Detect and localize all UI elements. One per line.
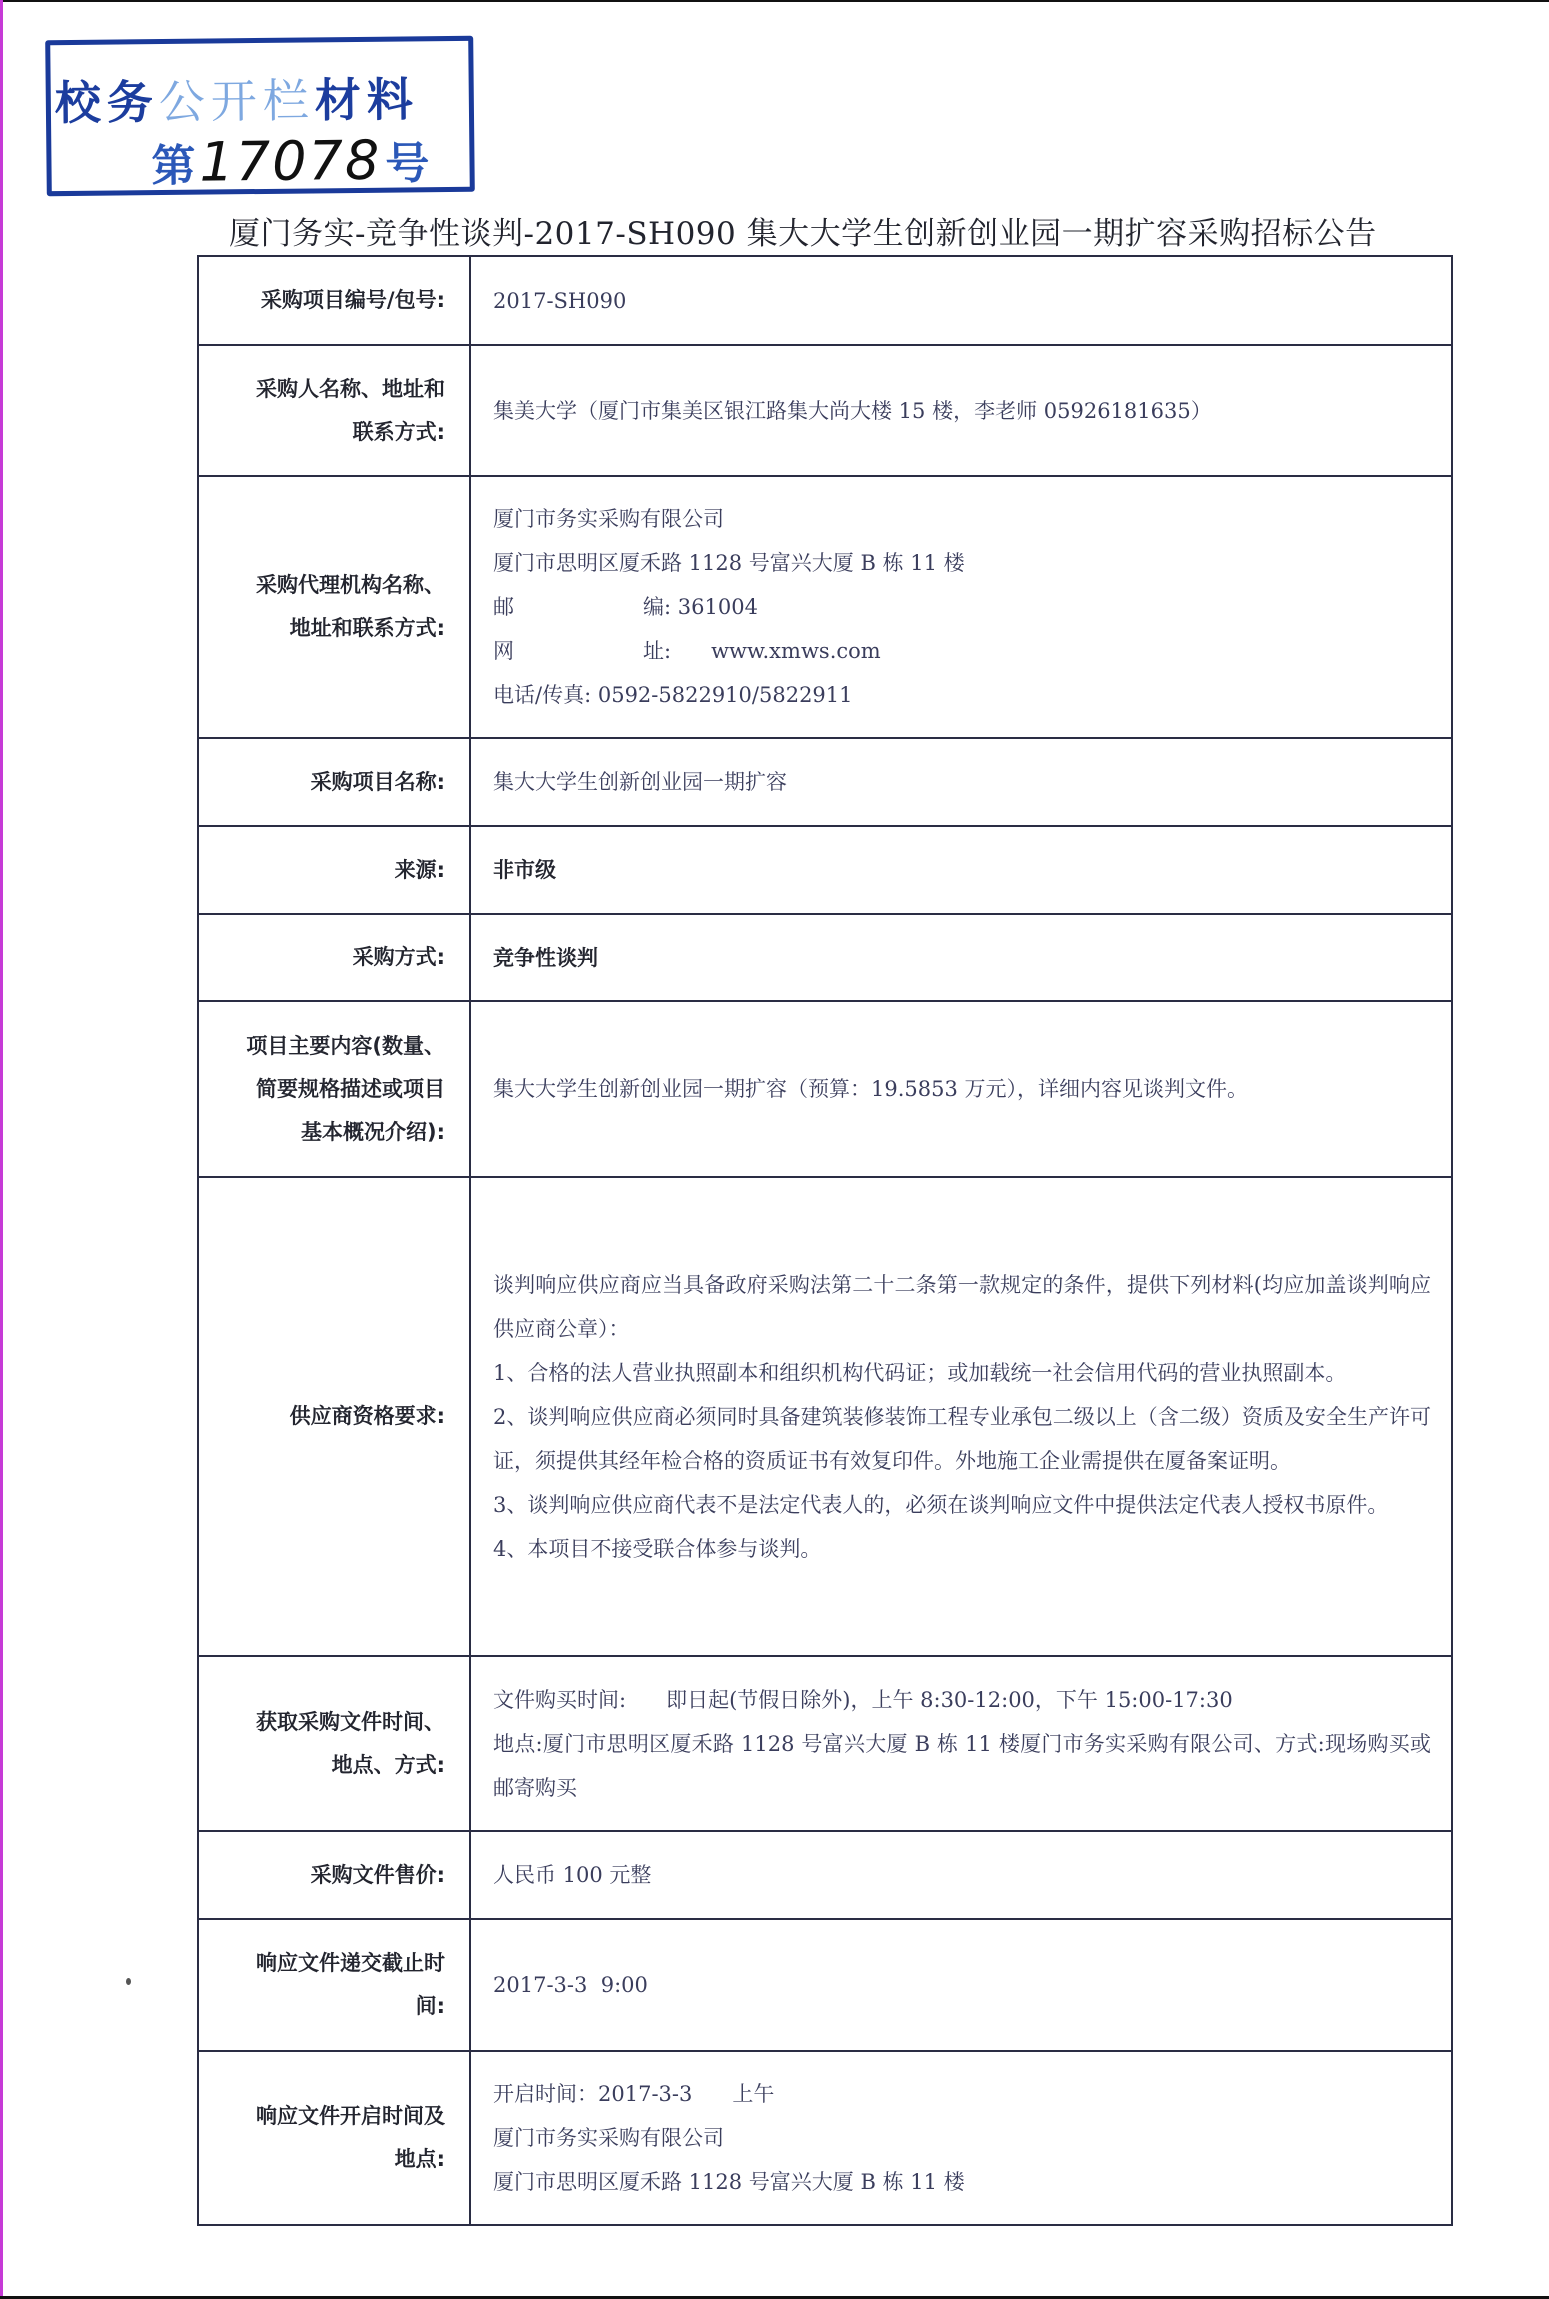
website-key-b: 址: (643, 639, 671, 663)
agency-address: 厦门市思明区厦禾路 1128 号富兴大厦 B 栋 11 楼 (493, 541, 1431, 585)
opening-time-key: 开启时间：2017-3-3 (493, 2082, 692, 2106)
qualifications-intro: 谈判响应供应商应当具备政府采购法第二十二条第一款规定的条件，提供下列材料(均应加… (493, 1263, 1431, 1351)
row-label: 来源: (198, 826, 470, 914)
stamp-number-row: 第17078号 (151, 127, 429, 194)
opening-value: 开启时间：2017-3-3上午 厦门市务实采购有限公司 厦门市思明区厦禾路 11… (470, 2051, 1452, 2225)
row-label-line: 获取采购文件时间、 (213, 1701, 445, 1744)
document-title: 厦门务实-竞争性谈判-2017-SH090 集大大学生创新创业园一期扩容采购招标… (229, 208, 1459, 253)
stamp-handwritten-number: 17078 (199, 129, 381, 194)
purchase-time-value: 即日起(节假日除外)，上午 8:30-12:00，下午 15:00-17:30 (666, 1688, 1233, 1712)
procurement-method-value: 竞争性谈判 (470, 914, 1452, 1001)
table-row-obtain-documents: 获取采购文件时间、 地点、方式: 文件购买时间:即日起(节假日除外)，上午 8:… (198, 1656, 1452, 1831)
qualification-item: 4、本项目不接受联合体参与谈判。 (493, 1527, 1431, 1571)
website-value: www.xmws.com (711, 639, 881, 663)
document-price-value: 人民币 100 元整 (470, 1831, 1452, 1919)
row-label-line: 地点、方式: (213, 1744, 445, 1787)
stamp-suffix: 号 (385, 138, 430, 189)
table-row-submission-deadline: 响应文件递交截止时 间: 2017-3-3 9:00 (198, 1919, 1452, 2051)
archive-stamp: 校务公开栏材料 第17078号 (45, 36, 475, 196)
purchaser-value: 集美大学（厦门市集美区银江路集大尚大楼 15 楼，李老师 05926181635… (470, 345, 1452, 476)
scan-top-edge (0, 0, 1549, 2)
stamp-title-end: 材料 (315, 72, 420, 127)
agency-website: 网址:www.xmws.com (493, 629, 1431, 673)
row-label-line: 采购代理机构名称、 (213, 564, 445, 607)
qualification-item: 3、谈判响应供应商代表不是法定代表人的，必须在谈判响应文件中提供法定代表人授权书… (493, 1483, 1431, 1527)
row-label: 采购人名称、地址和 联系方式: (198, 345, 470, 476)
project-number-value: 2017-SH090 (470, 256, 1452, 345)
table-row-document-price: 采购文件售价: 人民币 100 元整 (198, 1831, 1452, 1919)
scan-speck (126, 1978, 131, 1985)
opening-time: 开启时间：2017-3-3上午 (493, 2072, 1431, 2116)
agency-name: 厦门市务实采购有限公司 (493, 497, 1431, 541)
submission-deadline-value: 2017-3-3 9:00 (470, 1919, 1452, 2051)
purchase-time-key: 文件购买时间: (493, 1688, 626, 1712)
opening-address: 厦门市思明区厦禾路 1128 号富兴大厦 B 栋 11 楼 (493, 2160, 1431, 2204)
agency-value: 厦门市务实采购有限公司 厦门市思明区厦禾路 1128 号富兴大厦 B 栋 11 … (470, 476, 1452, 738)
stamp-title: 校务公开栏材料 (54, 63, 465, 133)
row-label-line: 间: (213, 1985, 445, 2028)
postcode-key-b: 编: (643, 595, 671, 619)
row-label: 采购文件售价: (198, 1831, 470, 1919)
table-row-source: 来源: 非市级 (198, 826, 1452, 914)
table-row-main-content: 项目主要内容(数量、 简要规格描述或项目 基本概况介绍): 集大大学生创新创业园… (198, 1001, 1452, 1177)
row-label: 供应商资格要求: (198, 1177, 470, 1656)
opening-time-period: 上午 (732, 2082, 774, 2106)
table-row-supplier-qualifications: 供应商资格要求: 谈判响应供应商应当具备政府采购法第二十二条第一款规定的条件，提… (198, 1177, 1452, 1656)
row-label: 获取采购文件时间、 地点、方式: (198, 1656, 470, 1831)
row-label-line: 响应文件开启时间及 (213, 2095, 445, 2138)
purchase-time: 文件购买时间:即日起(节假日除外)，上午 8:30-12:00，下午 15:00… (493, 1678, 1431, 1722)
row-label: 采购项目名称: (198, 738, 470, 826)
row-label-line: 地点: (213, 2138, 445, 2181)
stamp-prefix: 第 (151, 141, 196, 192)
row-label: 项目主要内容(数量、 简要规格描述或项目 基本概况介绍): (198, 1001, 470, 1177)
table-row-agency: 采购代理机构名称、 地址和联系方式: 厦门市务实采购有限公司 厦门市思明区厦禾路… (198, 476, 1452, 738)
row-label-line: 项目主要内容(数量、 (213, 1025, 445, 1068)
row-label-line: 简要规格描述或项目 (213, 1068, 445, 1111)
row-label: 响应文件开启时间及 地点: (198, 2051, 470, 2225)
stamp-title-start: 校务 (55, 75, 160, 130)
table-row-project-number: 采购项目编号/包号: 2017-SH090 (198, 256, 1452, 345)
agency-phone: 电话/传真: 0592-5822910/5822911 (493, 673, 1431, 717)
postcode-key-a: 邮 (493, 585, 643, 629)
opening-company: 厦门市务实采购有限公司 (493, 2116, 1431, 2160)
table-row-opening: 响应文件开启时间及 地点: 开启时间：2017-3-3上午 厦门市务实采购有限公… (198, 2051, 1452, 2225)
row-label-line: 基本概况介绍): (213, 1111, 445, 1154)
agency-postcode: 邮编: 361004 (493, 585, 1431, 629)
row-label: 响应文件递交截止时 间: (198, 1919, 470, 2051)
row-label: 采购项目编号/包号: (198, 256, 470, 345)
purchase-place: 地点:厦门市思明区厦禾路 1128 号富兴大厦 B 栋 11 楼厦门市务实采购有… (493, 1722, 1431, 1810)
qualifications-value: 谈判响应供应商应当具备政府采购法第二十二条第一款规定的条件，提供下列材料(均应加… (470, 1177, 1452, 1656)
row-label: 采购代理机构名称、 地址和联系方式: (198, 476, 470, 738)
table-row-purchaser: 采购人名称、地址和 联系方式: 集美大学（厦门市集美区银江路集大尚大楼 15 楼… (198, 345, 1452, 476)
obtain-documents-value: 文件购买时间:即日起(节假日除外)，上午 8:30-12:00，下午 15:00… (470, 1656, 1452, 1831)
phone-value: 0592-5822910/5822911 (598, 683, 853, 707)
row-label: 采购方式: (198, 914, 470, 1001)
postcode-value: 361004 (678, 595, 758, 619)
row-label-line: 响应文件递交截止时 (213, 1942, 445, 1985)
stamp-title-faded: 公开栏 (159, 73, 316, 129)
table-row-procurement-method: 采购方式: 竞争性谈判 (198, 914, 1452, 1001)
table-row-project-name: 采购项目名称: 集大大学生创新创业园一期扩容 (198, 738, 1452, 826)
row-label-line: 地址和联系方式: (213, 607, 445, 650)
row-label-line: 联系方式: (213, 411, 445, 454)
main-content-value: 集大大学生创新创业园一期扩容（预算：19.5853 万元），详细内容见谈判文件。 (470, 1001, 1452, 1177)
qualification-item: 2、谈判响应供应商必须同时具备建筑装修装饰工程专业承包二级以上（含二级）资质及安… (493, 1395, 1431, 1483)
website-key-a: 网 (493, 629, 643, 673)
project-name-value: 集大大学生创新创业园一期扩容 (470, 738, 1452, 826)
source-value: 非市级 (470, 826, 1452, 914)
phone-key: 电话/传真: (493, 683, 591, 707)
qualification-item: 1、合格的法人营业执照副本和组织机构代码证；或加载统一社会信用代码的营业执照副本… (493, 1351, 1431, 1395)
scan-left-edge (0, 0, 3, 2299)
procurement-notice-table: 采购项目编号/包号: 2017-SH090 采购人名称、地址和 联系方式: 集美… (197, 255, 1453, 2226)
row-label-line: 采购人名称、地址和 (213, 368, 445, 411)
